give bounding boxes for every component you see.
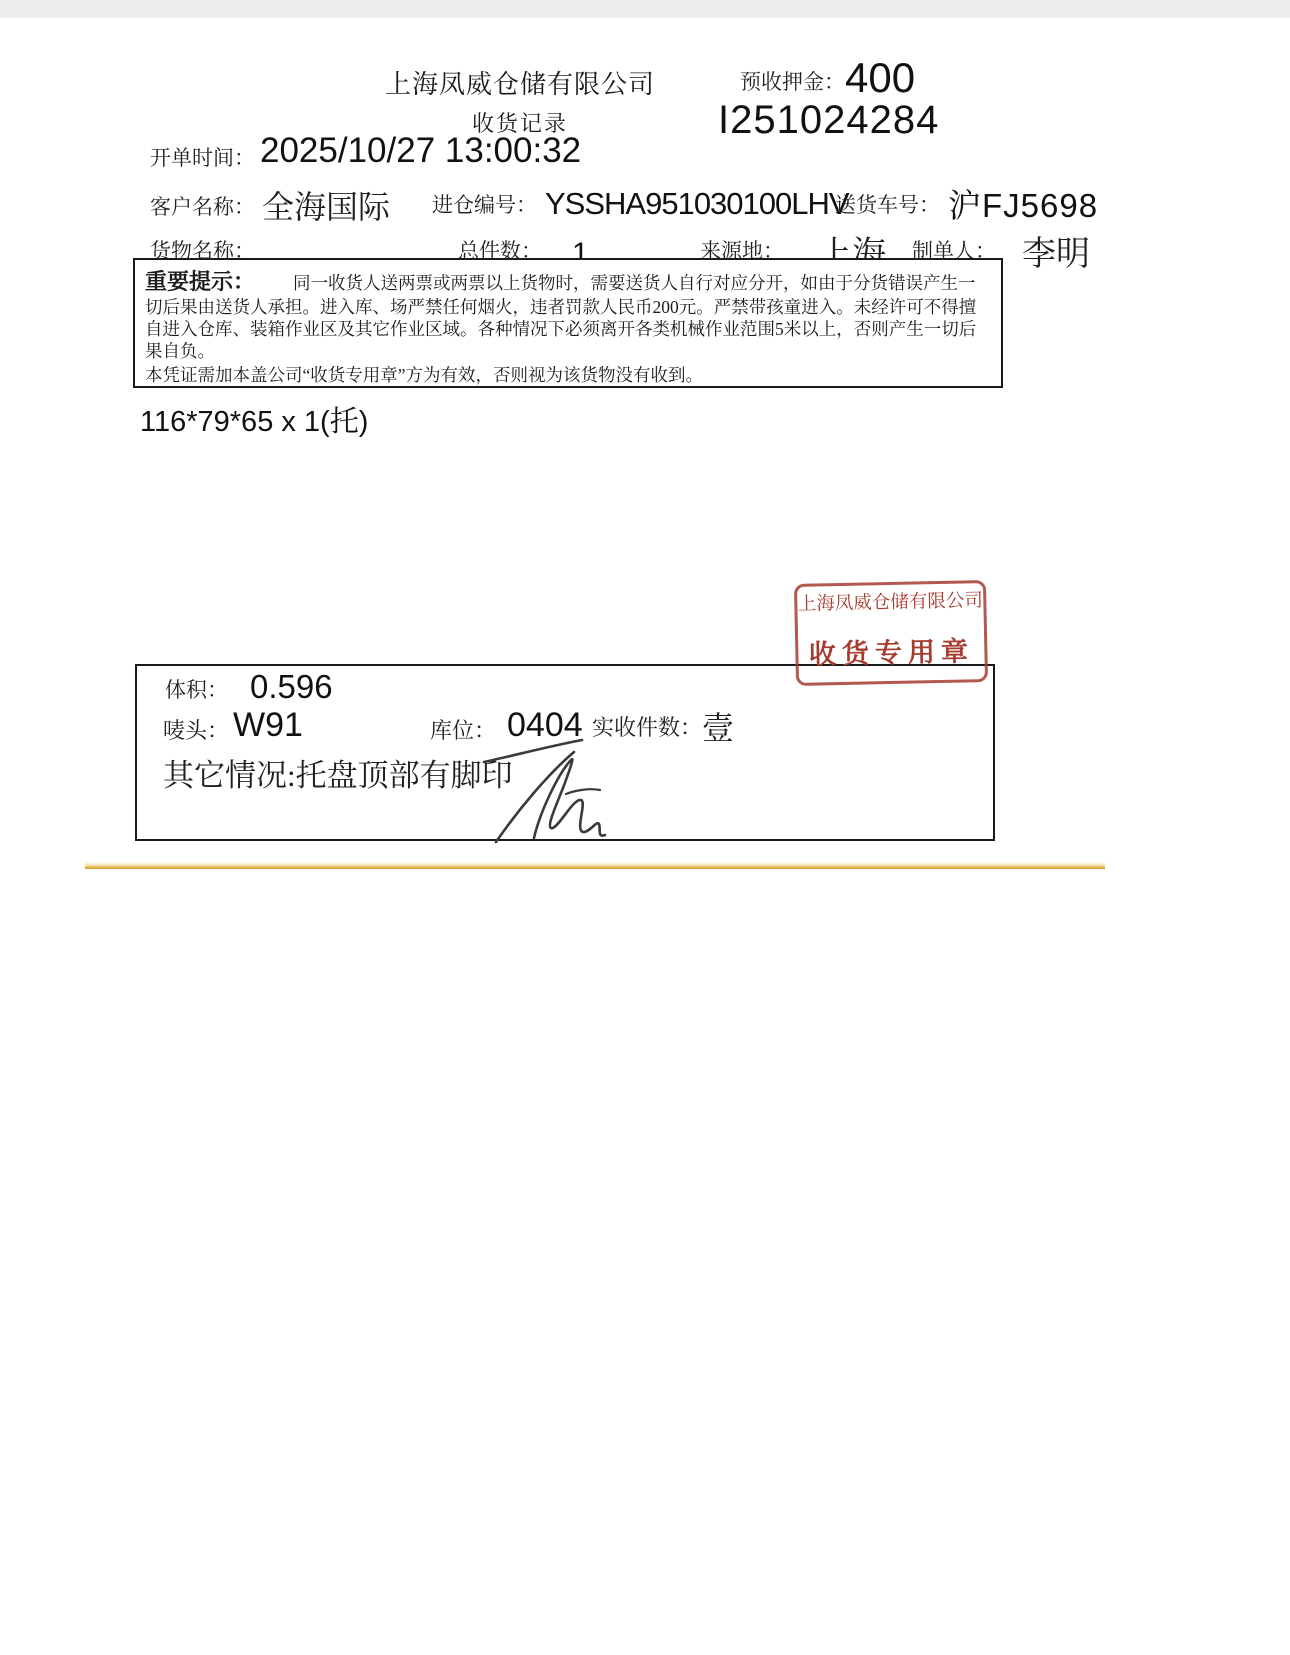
maker-value: 李明 xyxy=(1022,226,1090,275)
received-qty-value: 壹 xyxy=(702,703,734,749)
stamp-company-line: 上海凤威仓储有限公司 xyxy=(797,586,984,616)
page-top-strip xyxy=(0,0,1290,18)
deposit-label: 预收押金： xyxy=(740,66,845,96)
receipt-document: 上海凤威仓储有限公司 收货记录 预收押金： 400 I251024284 开单时… xyxy=(0,0,1290,1655)
cargo-dimensions: 116*79*65 x 1(托) xyxy=(140,399,368,440)
receipt-number: I251024284 xyxy=(718,98,939,143)
notice-paragraph: 重要提示：同一收货人送两票或两票以上货物时，需要送货人自行对应分开，如由于分货错… xyxy=(145,265,991,362)
other-remarks: 其它情况:托盘顶部有脚印 xyxy=(163,750,513,795)
document-header: 上海凤威仓储有限公司 收货记录 xyxy=(370,64,670,138)
truck-label: 送货车号： xyxy=(835,189,940,219)
customer-value: 全海国际 xyxy=(262,182,390,228)
other-remarks-label: 其它情况: xyxy=(163,758,296,793)
stamp-seal-line: 收货专用章 xyxy=(798,629,985,672)
notice-body: 同一收货人送两票或两票以上货物时，需要送货人自行对应分开，如由于分货错误产生一切… xyxy=(145,273,976,361)
issue-time-value: 2025/10/27 13:00:32 xyxy=(260,131,581,171)
volume-value: 0.596 xyxy=(250,668,333,706)
shipping-mark-label: 唛头： xyxy=(163,714,229,745)
notice-footer: 本凭证需加本盖公司“收货专用章”方为有效，否则视为该货物没有收到。 xyxy=(145,364,991,386)
company-name: 上海凤威仓储有限公司 xyxy=(370,64,670,101)
notice-title: 重要提示： xyxy=(145,269,255,294)
shipping-mark-value: W91 xyxy=(233,706,303,745)
gold-divider-line xyxy=(85,862,1105,869)
volume-label: 体积： xyxy=(165,674,228,704)
handwritten-signature xyxy=(478,736,638,848)
customer-label: 客户名称： xyxy=(150,191,255,221)
entry-no-label: 进仓编号： xyxy=(432,189,537,219)
issue-time-label: 开单时间： xyxy=(150,142,255,172)
important-notice-box: 重要提示：同一收货人送两票或两票以上货物时，需要送货人自行对应分开，如由于分货错… xyxy=(133,258,1003,388)
truck-value: 沪FJ5698 xyxy=(948,180,1098,227)
deposit-value: 400 xyxy=(845,54,915,102)
entry-no-value: YSSHA951030100LHV xyxy=(545,186,849,222)
company-stamp: 上海凤威仓储有限公司 收货专用章 xyxy=(794,580,988,686)
